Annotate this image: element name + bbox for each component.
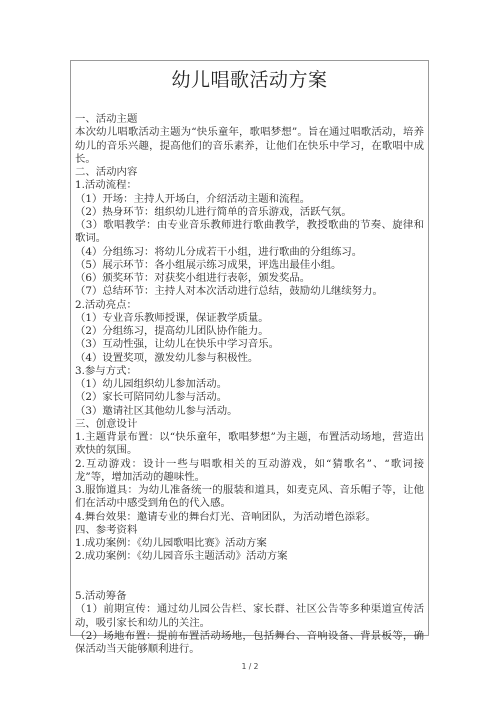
list-item: （3）歌唱教学：由专业音乐教师进行歌曲教学，教授歌曲的节奏、旋律和歌词。 bbox=[75, 219, 424, 246]
subheading-highlights: 2.活动亮点： bbox=[75, 299, 424, 312]
subheading-preparation: 5.活动筹备 bbox=[75, 590, 424, 603]
list-item: （1）专业音乐教师授课，保证教学质量。 bbox=[75, 312, 424, 325]
document-title: 幼儿唱歌活动方案 bbox=[71, 65, 428, 92]
blank-line bbox=[75, 564, 424, 577]
list-item: （2）热身环节：组织幼儿进行简单的音乐游戏，活跃气氛。 bbox=[75, 206, 424, 219]
list-item: 2.成功案例：《幼儿园音乐主题活动》活动方案 bbox=[75, 550, 424, 563]
list-item: （2）家长可陪同幼儿参与活动。 bbox=[75, 391, 424, 404]
list-item: （1）开场：主持人开场白，介绍活动主题和流程。 bbox=[75, 193, 424, 206]
section-heading-theme: 一、活动主题 bbox=[75, 113, 424, 126]
section-heading-creative: 三、创意设计 bbox=[75, 418, 424, 431]
list-item: （6）颁奖环节：对获奖小组进行表彰，颁发奖品。 bbox=[75, 272, 424, 285]
list-item: （5）展示环节：各小组展示练习成果，评选出最佳小组。 bbox=[75, 259, 424, 272]
blank-line bbox=[75, 577, 424, 590]
list-item: （1）前期宣传：通过幼儿园公告栏、家长群、社区公告等多种渠道宣传活动，吸引家长和… bbox=[75, 603, 424, 630]
subheading-participation: 3.参与方式： bbox=[75, 365, 424, 378]
list-item: （2）场地布置：提前布置活动场地，包括舞台、音响设备、背景板等，确保活动当天能够… bbox=[75, 630, 424, 657]
list-item: （7）总结环节：主持人对本次活动进行总结，鼓励幼儿继续努力。 bbox=[75, 285, 424, 298]
list-item: 1.成功案例：《幼儿园歌唱比赛》活动方案 bbox=[75, 537, 424, 550]
list-item: （4）设置奖项，激发幼儿参与积极性。 bbox=[75, 352, 424, 365]
document-page-box: 幼儿唱歌活动方案 一、活动主题 本次幼儿唱歌活动主题为“快乐童年，歌唱梦想”。旨… bbox=[70, 60, 429, 636]
page-number: 1 / 2 bbox=[0, 662, 500, 671]
list-item: （3）邀请社区其他幼儿参与活动。 bbox=[75, 405, 424, 418]
list-item: （2）分组练习，提高幼儿团队协作能力。 bbox=[75, 325, 424, 338]
list-item: 2.互动游戏：设计一些与唱歌相关的互动游戏，如“猜歌名”、“歌词接龙”等，增加活… bbox=[75, 458, 424, 485]
paragraph-theme: 本次幼儿唱歌活动主题为“快乐童年，歌唱梦想”。旨在通过唱歌活动，培养幼儿的音乐兴… bbox=[75, 126, 424, 166]
section-heading-references: 四、参考资料 bbox=[75, 524, 424, 537]
list-item: 4.舞台效果：邀请专业的舞台灯光、音响团队，为活动增色添彩。 bbox=[75, 511, 424, 524]
list-item: （4）分组练习：将幼儿分成若干小组，进行歌曲的分组练习。 bbox=[75, 246, 424, 259]
list-item: （1）幼儿园组织幼儿参加活动。 bbox=[75, 378, 424, 391]
list-item: 3.服饰道具：为幼儿准备统一的服装和道具，如麦克风、音乐帽子等，让他们在活动中感… bbox=[75, 484, 424, 511]
list-item: （3）互动性强，让幼儿在快乐中学习音乐。 bbox=[75, 338, 424, 351]
subheading-process: 1.活动流程： bbox=[75, 179, 424, 192]
section-heading-content: 二、活动内容 bbox=[75, 166, 424, 179]
list-item: 1.主题背景布置：以“快乐童年，歌唱梦想”为主题，布置活动场地，营造出欢快的氛围… bbox=[75, 431, 424, 458]
document-body: 一、活动主题 本次幼儿唱歌活动主题为“快乐童年，歌唱梦想”。旨在通过唱歌活动，培… bbox=[75, 113, 424, 656]
